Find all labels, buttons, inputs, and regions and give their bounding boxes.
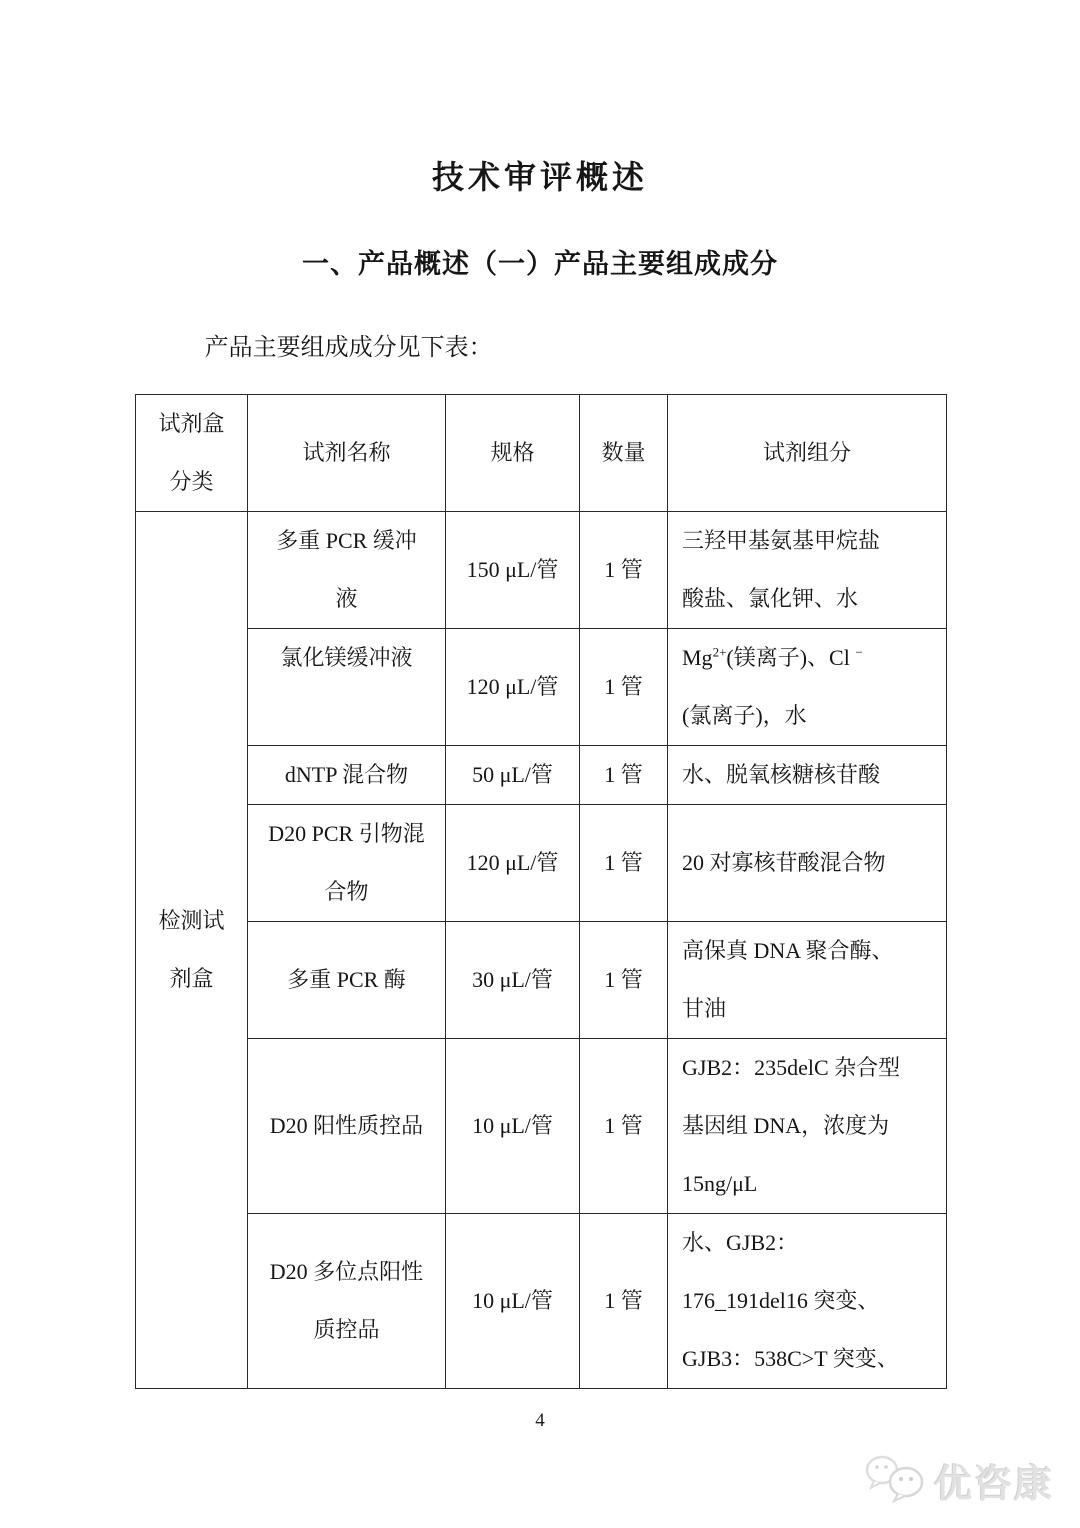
qty-cell: 1 管 xyxy=(580,629,668,746)
section-heading: 一、产品概述（一）产品主要组成成分 xyxy=(0,242,1080,281)
reagent-name-cell: 多重 PCR 缓冲 液 xyxy=(248,512,446,629)
reagent-name-cell: 多重 PCR 酶 xyxy=(248,922,446,1039)
reagent-name-cell: D20 多位点阳性 质控品 xyxy=(248,1214,446,1389)
components-cell: 高保真 DNA 聚合酶、 甘油 xyxy=(668,922,947,1039)
spec-cell: 50 μL/管 xyxy=(446,746,580,805)
components-text: (氯离子)，水 xyxy=(682,703,807,728)
header-components: 试剂组分 xyxy=(668,395,947,512)
qty-cell: 1 管 xyxy=(580,746,668,805)
components-table: 试剂盒 分类 试剂名称 规格 数量 试剂组分 检测试 剂盒 多重 PCR 缓冲 … xyxy=(135,394,947,1389)
header-category: 试剂盒 分类 xyxy=(136,395,248,512)
components-cell: 水、脱氧核糖核苷酸 xyxy=(668,746,947,805)
watermark: 优咨康 xyxy=(864,1452,1054,1509)
table-row: 氯化镁缓冲液 120 μL/管 1 管 Mg2+(镁离子)、Cl − (氯离子)… xyxy=(136,629,947,746)
watermark-text: 优咨康 xyxy=(934,1453,1054,1508)
spec-cell: 150 μL/管 xyxy=(446,512,580,629)
page-title: 技术审评概述 xyxy=(0,0,1080,198)
components-text: (镁离子)、Cl xyxy=(726,645,855,670)
reagent-name-cell: dNTP 混合物 xyxy=(248,746,446,805)
components-cell: 20 对寡核苷酸混合物 xyxy=(668,805,947,922)
superscript: 2+ xyxy=(713,645,727,660)
reagent-name-cell: 氯化镁缓冲液 xyxy=(248,629,446,746)
qty-cell: 1 管 xyxy=(580,1214,668,1389)
spec-cell: 10 μL/管 xyxy=(446,1214,580,1389)
header-name: 试剂名称 xyxy=(248,395,446,512)
spec-cell: 10 μL/管 xyxy=(446,1039,580,1214)
qty-cell: 1 管 xyxy=(580,1039,668,1214)
table-row: 多重 PCR 酶 30 μL/管 1 管 高保真 DNA 聚合酶、 甘油 xyxy=(136,922,947,1039)
reagent-name-cell: D20 阳性质控品 xyxy=(248,1039,446,1214)
reagent-name-cell: D20 PCR 引物混 合物 xyxy=(248,805,446,922)
superscript: − xyxy=(855,645,862,660)
intro-paragraph: 产品主要组成成分见下表： xyxy=(135,327,945,362)
components-cell: 三羟甲基氨基甲烷盐 酸盐、氯化钾、水 xyxy=(668,512,947,629)
table-header-row: 试剂盒 分类 试剂名称 规格 数量 试剂组分 xyxy=(136,395,947,512)
table-row: dNTP 混合物 50 μL/管 1 管 水、脱氧核糖核苷酸 xyxy=(136,746,947,805)
components-cell: 水、GJB2： 176_191del16 突变、 GJB3：538C>T 突变、 xyxy=(668,1214,947,1389)
components-cell: Mg2+(镁离子)、Cl − (氯离子)，水 xyxy=(668,629,947,746)
components-text: Mg xyxy=(682,645,713,670)
table-row: D20 多位点阳性 质控品 10 μL/管 1 管 水、GJB2： 176_19… xyxy=(136,1214,947,1389)
header-spec: 规格 xyxy=(446,395,580,512)
components-cell: GJB2：235delC 杂合型 基因组 DNA，浓度为 15ng/μL xyxy=(668,1039,947,1214)
table-row: 检测试 剂盒 多重 PCR 缓冲 液 150 μL/管 1 管 三羟甲基氨基甲烷… xyxy=(136,512,947,629)
header-qty: 数量 xyxy=(580,395,668,512)
category-cell: 检测试 剂盒 xyxy=(136,512,248,1389)
chat-bubbles-icon xyxy=(864,1452,926,1509)
spec-cell: 30 μL/管 xyxy=(446,922,580,1039)
document-page: 技术审评概述 一、产品概述（一）产品主要组成成分 产品主要组成成分见下表： 试剂… xyxy=(0,0,1080,1528)
spec-cell: 120 μL/管 xyxy=(446,629,580,746)
spec-cell: 120 μL/管 xyxy=(446,805,580,922)
table-row: D20 阳性质控品 10 μL/管 1 管 GJB2：235delC 杂合型 基… xyxy=(136,1039,947,1214)
qty-cell: 1 管 xyxy=(580,922,668,1039)
table-row: D20 PCR 引物混 合物 120 μL/管 1 管 20 对寡核苷酸混合物 xyxy=(136,805,947,922)
qty-cell: 1 管 xyxy=(580,512,668,629)
page-number: 4 xyxy=(0,1410,1080,1432)
qty-cell: 1 管 xyxy=(580,805,668,922)
